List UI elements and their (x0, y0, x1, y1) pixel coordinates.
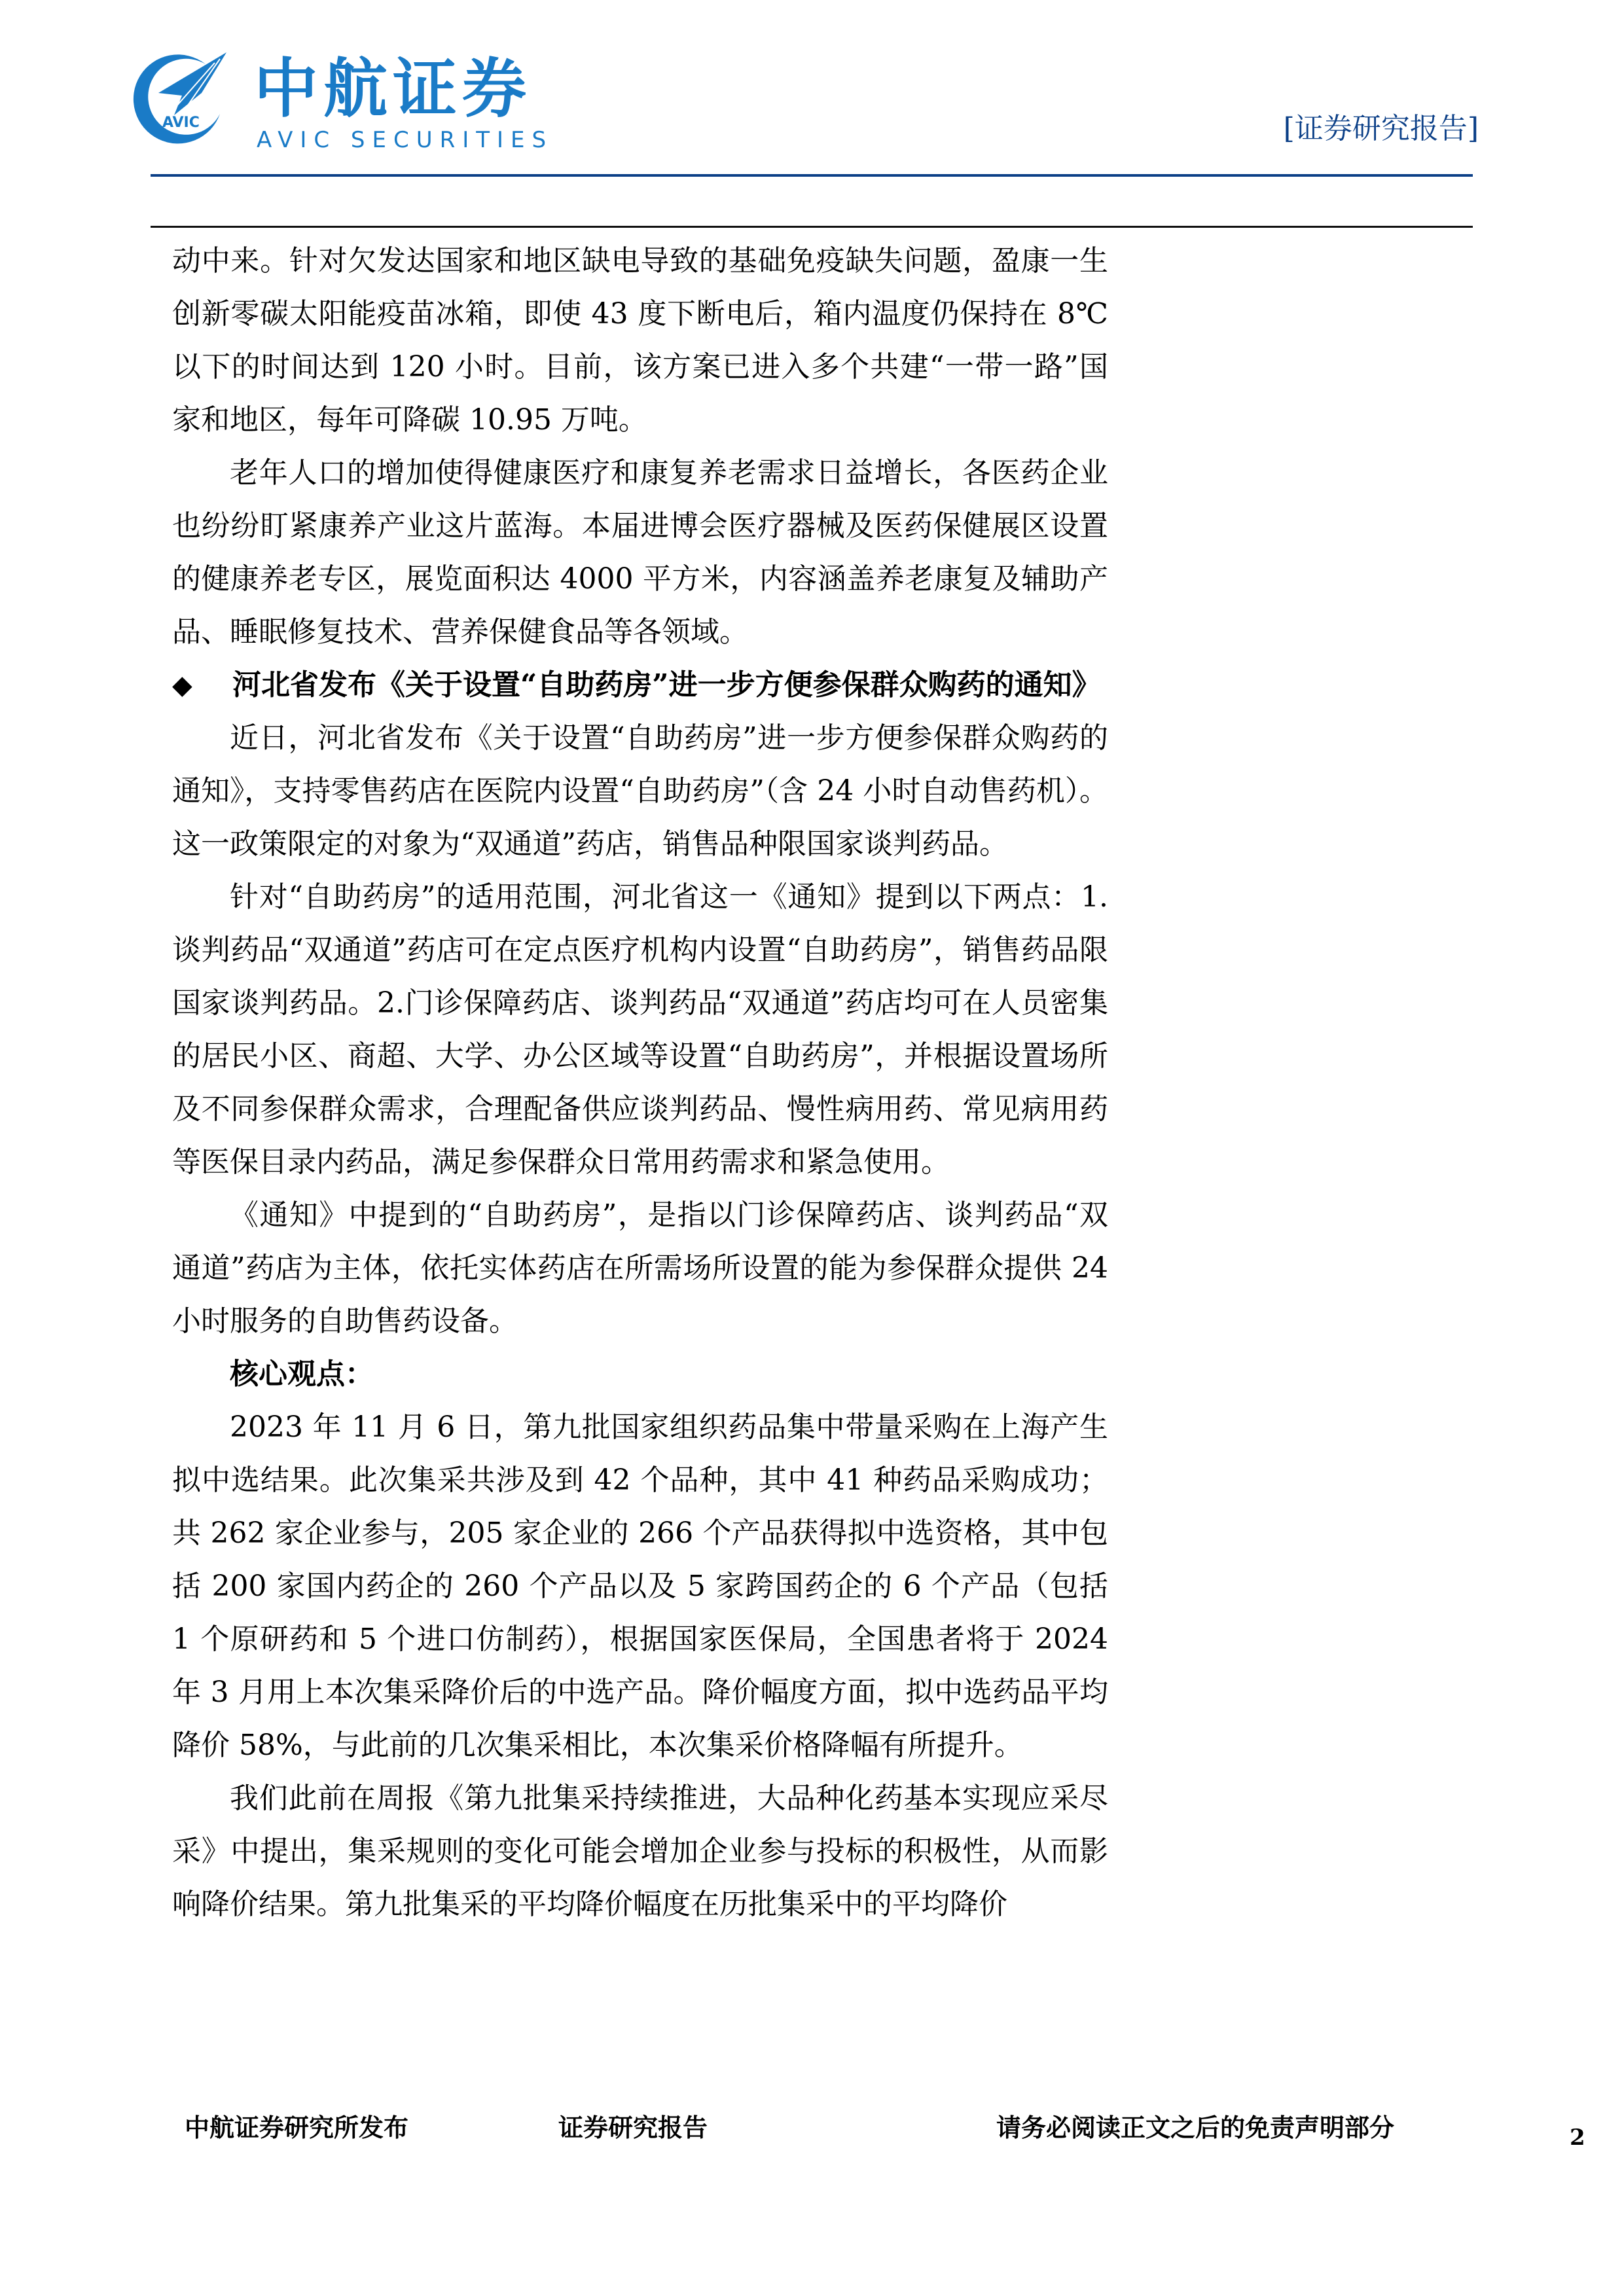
svg-text:AVIC: AVIC (162, 115, 200, 131)
avic-logo: AVIC (128, 50, 230, 151)
paragraph-definition: 《通知》中提到的“自助药房”，是指以门诊保障药店、谈判药品“双通道”药店为主体，… (172, 1189, 1108, 1348)
diamond-bullet-icon: ◆ (172, 658, 192, 711)
paragraph-procurement-results: 2023 年 11 月 6 日，第九批国家组织药品集中带量采购在上海产生拟中选结… (172, 1401, 1108, 1772)
paragraph-hebei-notice: 近日，河北省发布《关于设置“自助药房”进一步方便参保群众购药的通知》，支持零售药… (172, 711, 1108, 870)
paragraph-elderly-care: 老年人口的增加使得健康医疗和康复养老需求日益增长，各医药企业也纷纷盯紧康养产业这… (172, 446, 1108, 658)
footer-publisher: 中航证券研究所发布 (185, 2108, 408, 2144)
footer-disclaimer: 请务必阅读正文之后的免责声明部分 (996, 2108, 1394, 2144)
header-divider-black (151, 226, 1473, 228)
avic-logo-icon: AVIC (128, 50, 230, 151)
brand-name-en: AVIC SECURITIES (257, 128, 553, 152)
paragraph-weekly-report: 我们此前在周报《第九批集采持续推进，大品种化药基本实现应采尽采》中提出，集采规则… (172, 1772, 1108, 1931)
paragraph-vaccine-fridge: 动中来。针对欠发达国家和地区缺电导致的基础免疫缺失问题，盈康一生创新零碳太阳能疫… (172, 234, 1108, 446)
brand-name-cn: 中航证券 (254, 56, 532, 122)
footer-doc-type: 证券研究报告 (558, 2108, 708, 2144)
core-view-label: 核心观点： (172, 1348, 1108, 1401)
header-divider-blue (151, 174, 1473, 177)
section-heading-text: 河北省发布《关于设置“自助药房”进一步方便参保群众购药的通知》 (232, 668, 1101, 702)
section-heading: ◆ 河北省发布《关于设置“自助药房”进一步方便参保群众购药的通知》 (172, 658, 1108, 711)
report-type-tag: [证券研究报告] (1284, 113, 1479, 145)
page-number: 2 (1570, 2125, 1585, 2151)
paragraph-scope: 针对“自助药房”的适用范围，河北省这一《通知》提到以下两点：1. 谈判药品“双通… (172, 870, 1108, 1189)
report-body: 动中来。针对欠发达国家和地区缺电导致的基础免疫缺失问题，盈康一生创新零碳太阳能疫… (172, 234, 1108, 1931)
